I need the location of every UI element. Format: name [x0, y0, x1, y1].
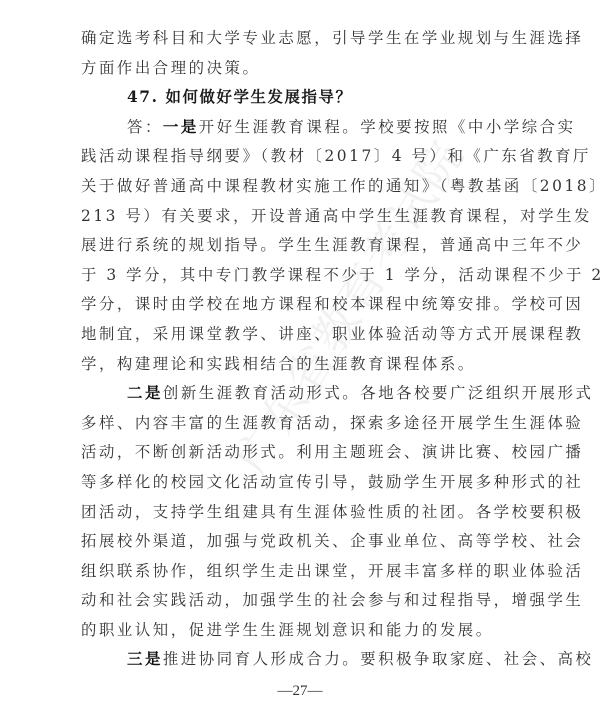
- text-line: 活动，不断创新活动形式。利用主题班会、演讲比赛、校园广播: [81, 438, 531, 468]
- text-line: 学，构建理论和实践相结合的生涯教育课程体系。: [81, 350, 531, 380]
- text-line: 地制宜，采用课堂教学、讲座、职业体验活动等方式开展课程教: [81, 320, 531, 350]
- question-heading: 47. 如何做好学生发展指导？: [81, 83, 531, 113]
- point-1-text: 开好生涯教育课程。学校要按照《中小学综合实: [199, 118, 576, 136]
- answer-point-1-first-line: 答：一是开好生涯教育课程。学校要按照《中小学综合实: [81, 113, 531, 143]
- text-line: 213 号）有关要求，开设普通高中学生生涯教育课程，对学生发: [81, 202, 531, 232]
- text-line: 展进行系统的规划指导。学生生涯教育课程，普通高中三年不少: [81, 231, 531, 261]
- point-2-text: 创新生涯教育活动形式。各地各校要广泛组织开展形式: [163, 384, 594, 402]
- text-line: 践活动课程指导纲要》（教材〔2017〕4 号）和《广东省教育厅: [81, 142, 531, 172]
- text-line: 于 3 学分，其中专门教学课程不少于 1 学分，活动课程不少于 2: [81, 261, 531, 291]
- text-line: 多样、内容丰富的生涯教育活动，探索多途径开展学生生涯体验: [81, 409, 531, 439]
- text-line: 学分，课时由学校在地方课程和校本课程中统筹安排。学校可因: [81, 290, 531, 320]
- answer-prefix: 答：: [127, 118, 163, 136]
- point-1-label: 一是: [163, 118, 199, 136]
- point-3-text: 推进协同育人形成合力。要积极争取家庭、社会、高校: [163, 650, 594, 668]
- document-body: 确定选考科目和大学专业志愿，引导学生在学业规划与生涯选择 方面作出合理的决策。 …: [81, 24, 531, 675]
- text-line: 确定选考科目和大学专业志愿，引导学生在学业规划与生涯选择: [81, 24, 531, 54]
- text-line: 组织联系协作，组织学生走出课堂，开展丰富多样的职业体验活: [81, 557, 531, 587]
- point-2-label: 二是: [127, 384, 163, 402]
- text-line: 团活动，支持学生组建具有生涯体验性质的社团。各学校要积极: [81, 498, 531, 528]
- answer-point-3-first-line: 三是推进协同育人形成合力。要积极争取家庭、社会、高校: [81, 645, 531, 675]
- page-number: —27—: [0, 683, 600, 700]
- text-line: 等多样化的校园文化活动宣传引导，鼓励学生开展多种形式的社: [81, 468, 531, 498]
- text-line: 关于做好普通高中课程教材实施工作的通知》（粤教基函〔2018〕: [81, 172, 531, 202]
- text-line: 方面作出合理的决策。: [81, 54, 531, 84]
- text-line: 动和社会实践活动，加强学生的社会参与和过程指导，增强学生: [81, 586, 531, 616]
- text-line: 的职业认知，促进学生生涯规划意识和能力的发展。: [81, 616, 531, 646]
- point-3-label: 三是: [127, 650, 163, 668]
- text-line: 拓展校外渠道，加强与党政机关、企事业单位、高等学校、社会: [81, 527, 531, 557]
- answer-point-2-first-line: 二是创新生涯教育活动形式。各地各校要广泛组织开展形式: [81, 379, 531, 409]
- document-page: 广东省教育考试院 确定选考科目和大学专业志愿，引导学生在学业规划与生涯选择 方面…: [0, 0, 600, 717]
